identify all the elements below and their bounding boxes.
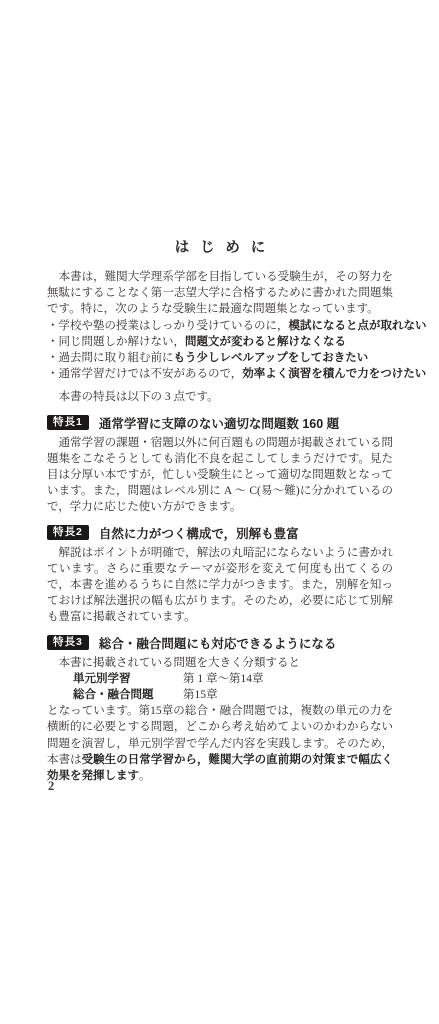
classification-value: 第 1 章～第14章 — [183, 671, 264, 687]
bullet-text: ・同じ問題しか解けない， — [47, 336, 185, 348]
bullet-emphasis: もう少しレベルアップをしておきたい — [174, 352, 369, 364]
classification-label: 総合・融合問題 — [73, 687, 183, 703]
intro-paragraph: 本書は，難関大学理系学部を目指している受験生が，その努力を無駄にすることなく第一… — [47, 269, 393, 318]
feature-heading-row: 特長2 自然に力がつく構成で，別解も豊富 — [47, 524, 393, 542]
feature-section-3: 特長3 総合・融合問題にも対応できるようになる 本書に掲載されている問題を大きく… — [47, 634, 393, 785]
bullet-emphasis: 模試になると点が取れない — [289, 320, 427, 332]
bullet-emphasis: 問題文が変わると解けなくなる — [185, 336, 346, 348]
feature-body: 解説はポイントが明確で，解法の丸暗記にならないように書かれています。さらに重要な… — [47, 545, 393, 626]
page-content: はじめに 本書は，難関大学理系学部を目指している受験生が，その努力を無駄にするこ… — [47, 240, 393, 784]
page-number: 2 — [48, 779, 54, 794]
feature-lead: 本書に掲載されている問題を大きく分類すると — [47, 655, 393, 671]
feature-section-1: 特長1 通常学習に支障のない適切な問題数 160 題 通常学習の課題・宿題以外に… — [47, 414, 393, 516]
bullet-list: ・学校や塾の授業はしっかり受けているのに，模試になると点が取れない ・同じ問題し… — [47, 318, 393, 383]
feature-body: 通常学習の課題・宿題以外に何百題もの問題が掲載されている問題集をこなそうとしても… — [47, 435, 393, 516]
feature-heading: 総合・融合問題にも対応できるようになる — [99, 634, 337, 652]
bullet-emphasis: 効率よく演習を積んで力をつけたい — [242, 368, 426, 380]
classification-row: 総合・融合問題 第15章 — [73, 687, 393, 703]
tail-period: 。 — [139, 770, 151, 782]
bullet-text: ・学校や塾の授業はしっかり受けているのに， — [47, 320, 289, 332]
book-page: はじめに 本書は，難関大学理系学部を目指している受験生が，その努力を無駄にするこ… — [0, 0, 439, 1024]
bullet-item: ・過去問に取り組む前にもう少しレベルアップをしておきたい — [47, 350, 393, 366]
feature-section-2: 特長2 自然に力がつく構成で，別解も豊富 解説はポイントが明確で，解法の丸暗記に… — [47, 524, 393, 626]
feature-badge: 特長1 — [47, 415, 89, 430]
page-title: はじめに — [47, 240, 393, 257]
classification-label: 単元別学習 — [73, 671, 183, 687]
feature-heading: 通常学習に支障のない適切な問題数 160 題 — [99, 414, 339, 432]
feature-heading-row: 特長3 総合・融合問題にも対応できるようになる — [47, 634, 393, 652]
tail-emphasis: 受験生の日常学習から，難関大学の直前期の対策まで幅広く効果を発揮します — [47, 754, 393, 782]
feature-heading: 自然に力がつく構成で，別解も豊富 — [99, 524, 299, 542]
classification-value: 第15章 — [183, 687, 218, 703]
feature-heading-row: 特長1 通常学習に支障のない適切な問題数 160 題 — [47, 414, 393, 432]
bullet-item: ・同じ問題しか解けない，問題文が変わると解けなくなる — [47, 334, 393, 350]
bullet-item: ・学校や塾の授業はしっかり受けているのに，模試になると点が取れない — [47, 318, 393, 334]
bullet-text: ・過去問に取り組む前に — [47, 352, 174, 364]
feature-tail-paragraph: となっています。第15章の総合・融合問題では，複数の単元の力を横断的に必要とする… — [47, 703, 393, 784]
intro-closing: 本書の特長は以下の 3 点です。 — [47, 389, 393, 405]
classification-row: 単元別学習 第 1 章～第14章 — [73, 671, 393, 687]
bullet-text: ・通常学習だけでは不安があるので， — [47, 368, 242, 380]
classification-list: 単元別学習 第 1 章～第14章 総合・融合問題 第15章 — [73, 671, 393, 703]
feature-badge: 特長3 — [47, 635, 89, 650]
bullet-item: ・通常学習だけでは不安があるので，効率よく演習を積んで力をつけたい — [47, 366, 393, 382]
feature-badge: 特長2 — [47, 525, 89, 540]
